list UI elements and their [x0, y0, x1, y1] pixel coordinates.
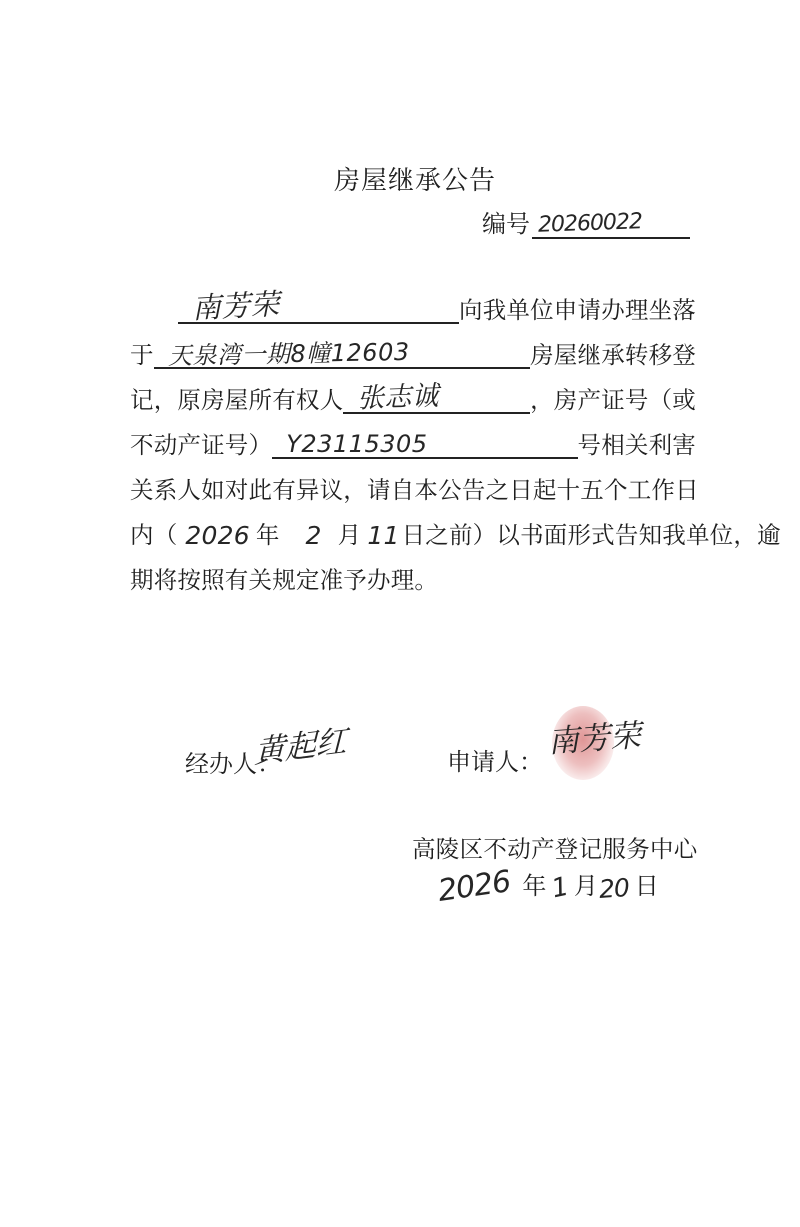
line4-prefix: 不动产证号）	[130, 432, 272, 459]
applicant-name-handwritten: 南芳荣	[191, 290, 280, 324]
line4-text: 号相关利害	[578, 432, 697, 459]
deadline-year-unit: 年	[256, 522, 280, 549]
deadline-day-handwritten: 11	[367, 523, 399, 548]
line6-text: 日之前）以书面形式告知我单位，逾	[402, 522, 781, 549]
deadline-year-handwritten: 2026	[185, 523, 249, 548]
line6-prefix: 内（	[130, 522, 177, 549]
body-line-1: 南芳荣 向我单位申请办理坐落	[130, 288, 696, 324]
certificate-number-blank: Y23115305	[272, 423, 577, 459]
deadline-month-handwritten: 2	[306, 523, 322, 548]
body-line-5: 关系人如对此有异议，请自本公告之日起十五个工作日	[130, 468, 696, 504]
organization-name: 高陵区不动产登记服务中心	[412, 830, 698, 864]
number-blank-line: 20260022	[532, 207, 690, 239]
body-line-4: 不动产证号） Y23115305 号相关利害	[130, 423, 696, 459]
document-title: 房屋继承公告	[334, 160, 496, 197]
property-address-blank: 天泉湾一期8幢12603	[154, 333, 530, 369]
number-label: 编号	[482, 204, 530, 239]
number-handwritten-value: 20260022	[538, 211, 643, 237]
property-address-handwritten: 天泉湾一期8幢12603	[168, 340, 410, 368]
applicant-label: 申请人：	[447, 742, 543, 777]
line2-text: 房屋继承转移登	[530, 342, 696, 369]
line2-prefix: 于	[130, 342, 154, 369]
body-line-7: 期将按照有关规定准予办理。	[130, 558, 696, 594]
issue-month-unit: 月	[574, 866, 598, 901]
issue-year-unit: 年	[522, 866, 546, 901]
issue-date-row: 2026 年 1 月 20 日	[438, 866, 659, 902]
scanned-notice-document: 房屋继承公告 编号 20260022 南芳荣 向我单位申请办理坐落 于 天泉湾一…	[0, 0, 800, 1227]
line7-text: 期将按照有关规定准予办理。	[130, 567, 438, 594]
issue-day-handwritten: 20	[598, 875, 629, 902]
body-line-6: 内（ 2026 年 2 月 11 日之前）以书面形式告知我单位，逾	[130, 513, 696, 549]
body-line-3: 记，原房屋所有权人 张志诚 ，房产证号（或	[130, 378, 696, 414]
original-owner-blank: 张志诚	[343, 378, 530, 414]
line1-text: 向我单位申请办理坐落	[459, 297, 696, 324]
applicant-signature: 南芳荣	[547, 721, 642, 758]
applicant-name-blank: 南芳荣	[178, 288, 459, 324]
deadline-month-unit: 月	[338, 522, 362, 549]
issue-day-unit: 日	[635, 866, 659, 901]
line3-prefix: 记，原房屋所有权人	[130, 387, 343, 414]
line3-text: ，房产证号（或	[530, 387, 696, 414]
original-owner-handwritten: 张志诚	[357, 383, 440, 413]
handler-signature: 黄起红	[254, 726, 347, 769]
document-number-row: 编号 20260022	[482, 204, 690, 239]
certificate-number-handwritten: Y23115305	[286, 432, 427, 456]
line5-text: 关系人如对此有异议，请自本公告之日起十五个工作日	[130, 477, 699, 504]
issue-year-handwritten: 2026	[436, 867, 512, 907]
issue-month-handwritten: 1	[550, 874, 572, 903]
body-line-2: 于 天泉湾一期8幢12603 房屋继承转移登	[130, 333, 696, 369]
